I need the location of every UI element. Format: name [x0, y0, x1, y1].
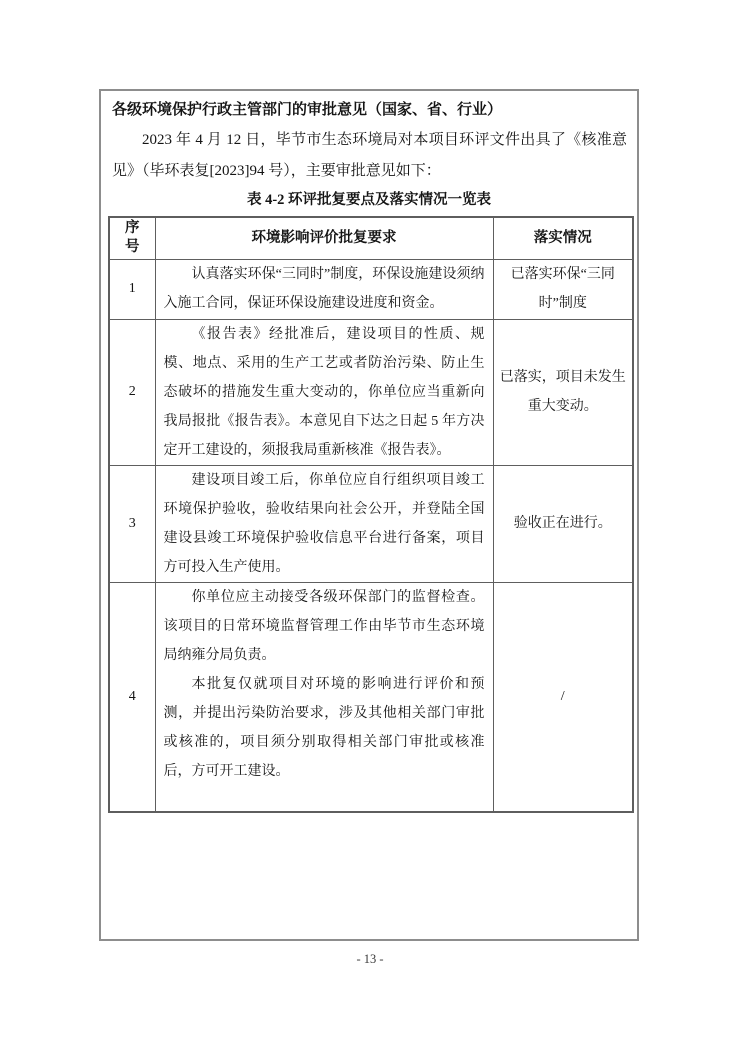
intro-paragraph: 2023 年 4 月 12 日，毕节市生态环境局对本项目环评文件出具了《核准意见…	[112, 125, 627, 187]
requirement-cell: 建设项目竣工后，你单位应自行组织项目竣工环境保护验收，验收结果向社会公开，并登陆…	[155, 465, 493, 582]
header-cell-no: 序号	[109, 217, 155, 259]
row-number: 2	[109, 319, 155, 465]
status-cell: 已落实，项目未发生重大变动。	[493, 319, 633, 465]
approval-table: 序号 环境影响评价批复要求 落实情况 1 认真落实环保“三同时”制度，环保设施建…	[108, 216, 634, 813]
table-row: 3 建设项目竣工后，你单位应自行组织项目竣工环境保护验收，验收结果向社会公开，并…	[109, 465, 633, 582]
status-cell: 验收正在进行。	[493, 465, 633, 582]
table-row: 4 你单位应主动接受各级环保部门的监督检查。该项目的日常环境监督管理工作由毕节市…	[109, 582, 633, 812]
table-header-row: 序号 环境影响评价批复要求 落实情况	[109, 217, 633, 259]
row-number: 3	[109, 465, 155, 582]
table-row: 1 认真落实环保“三同时”制度，环保设施建设须纳入施工合同，保证环保设施建设进度…	[109, 259, 633, 319]
header-cell-requirement: 环境影响评价批复要求	[155, 217, 493, 259]
requirement-cell: 认真落实环保“三同时”制度，环保设施建设须纳入施工合同，保证环保设施建设进度和资…	[155, 259, 493, 319]
status-cell: /	[493, 582, 633, 812]
table-title: 表 4-2 环评批复要点及落实情况一览表	[101, 188, 637, 212]
header-label-no: 序号	[125, 219, 140, 257]
approval-section-box: 各级环境保护行政主管部门的审批意见（国家、省、行业） 2023 年 4 月 12…	[99, 89, 639, 941]
requirement-paragraph: 《报告表》经批准后，建设项目的性质、规模、地点、采用的生产工艺或者防治污染、防止…	[164, 320, 485, 465]
table-row: 2 《报告表》经批准后，建设项目的性质、规模、地点、采用的生产工艺或者防治污染、…	[109, 319, 633, 465]
row-number: 1	[109, 259, 155, 319]
requirement-cell: 你单位应主动接受各级环保部门的监督检查。该项目的日常环境监督管理工作由毕节市生态…	[155, 582, 493, 812]
requirement-paragraph: 你单位应主动接受各级环保部门的监督检查。该项目的日常环境监督管理工作由毕节市生态…	[164, 583, 485, 670]
status-cell: 已落实环保“三同时”制度	[493, 259, 633, 319]
header-cell-status: 落实情况	[493, 217, 633, 259]
row-number: 4	[109, 582, 155, 812]
requirement-paragraph: 本批复仅就项目对环境的影响进行评价和预测，并提出污染防治要求，涉及其他相关部门审…	[164, 670, 485, 786]
requirement-cell: 《报告表》经批准后，建设项目的性质、规模、地点、采用的生产工艺或者防治污染、防止…	[155, 319, 493, 465]
section-heading: 各级环境保护行政主管部门的审批意见（国家、省、行业）	[112, 97, 627, 124]
requirement-paragraph: 认真落实环保“三同时”制度，环保设施建设须纳入施工合同，保证环保设施建设进度和资…	[164, 260, 485, 318]
page-number: - 13 -	[0, 952, 740, 967]
requirement-paragraph: 建设项目竣工后，你单位应自行组织项目竣工环境保护验收，验收结果向社会公开，并登陆…	[164, 466, 485, 582]
